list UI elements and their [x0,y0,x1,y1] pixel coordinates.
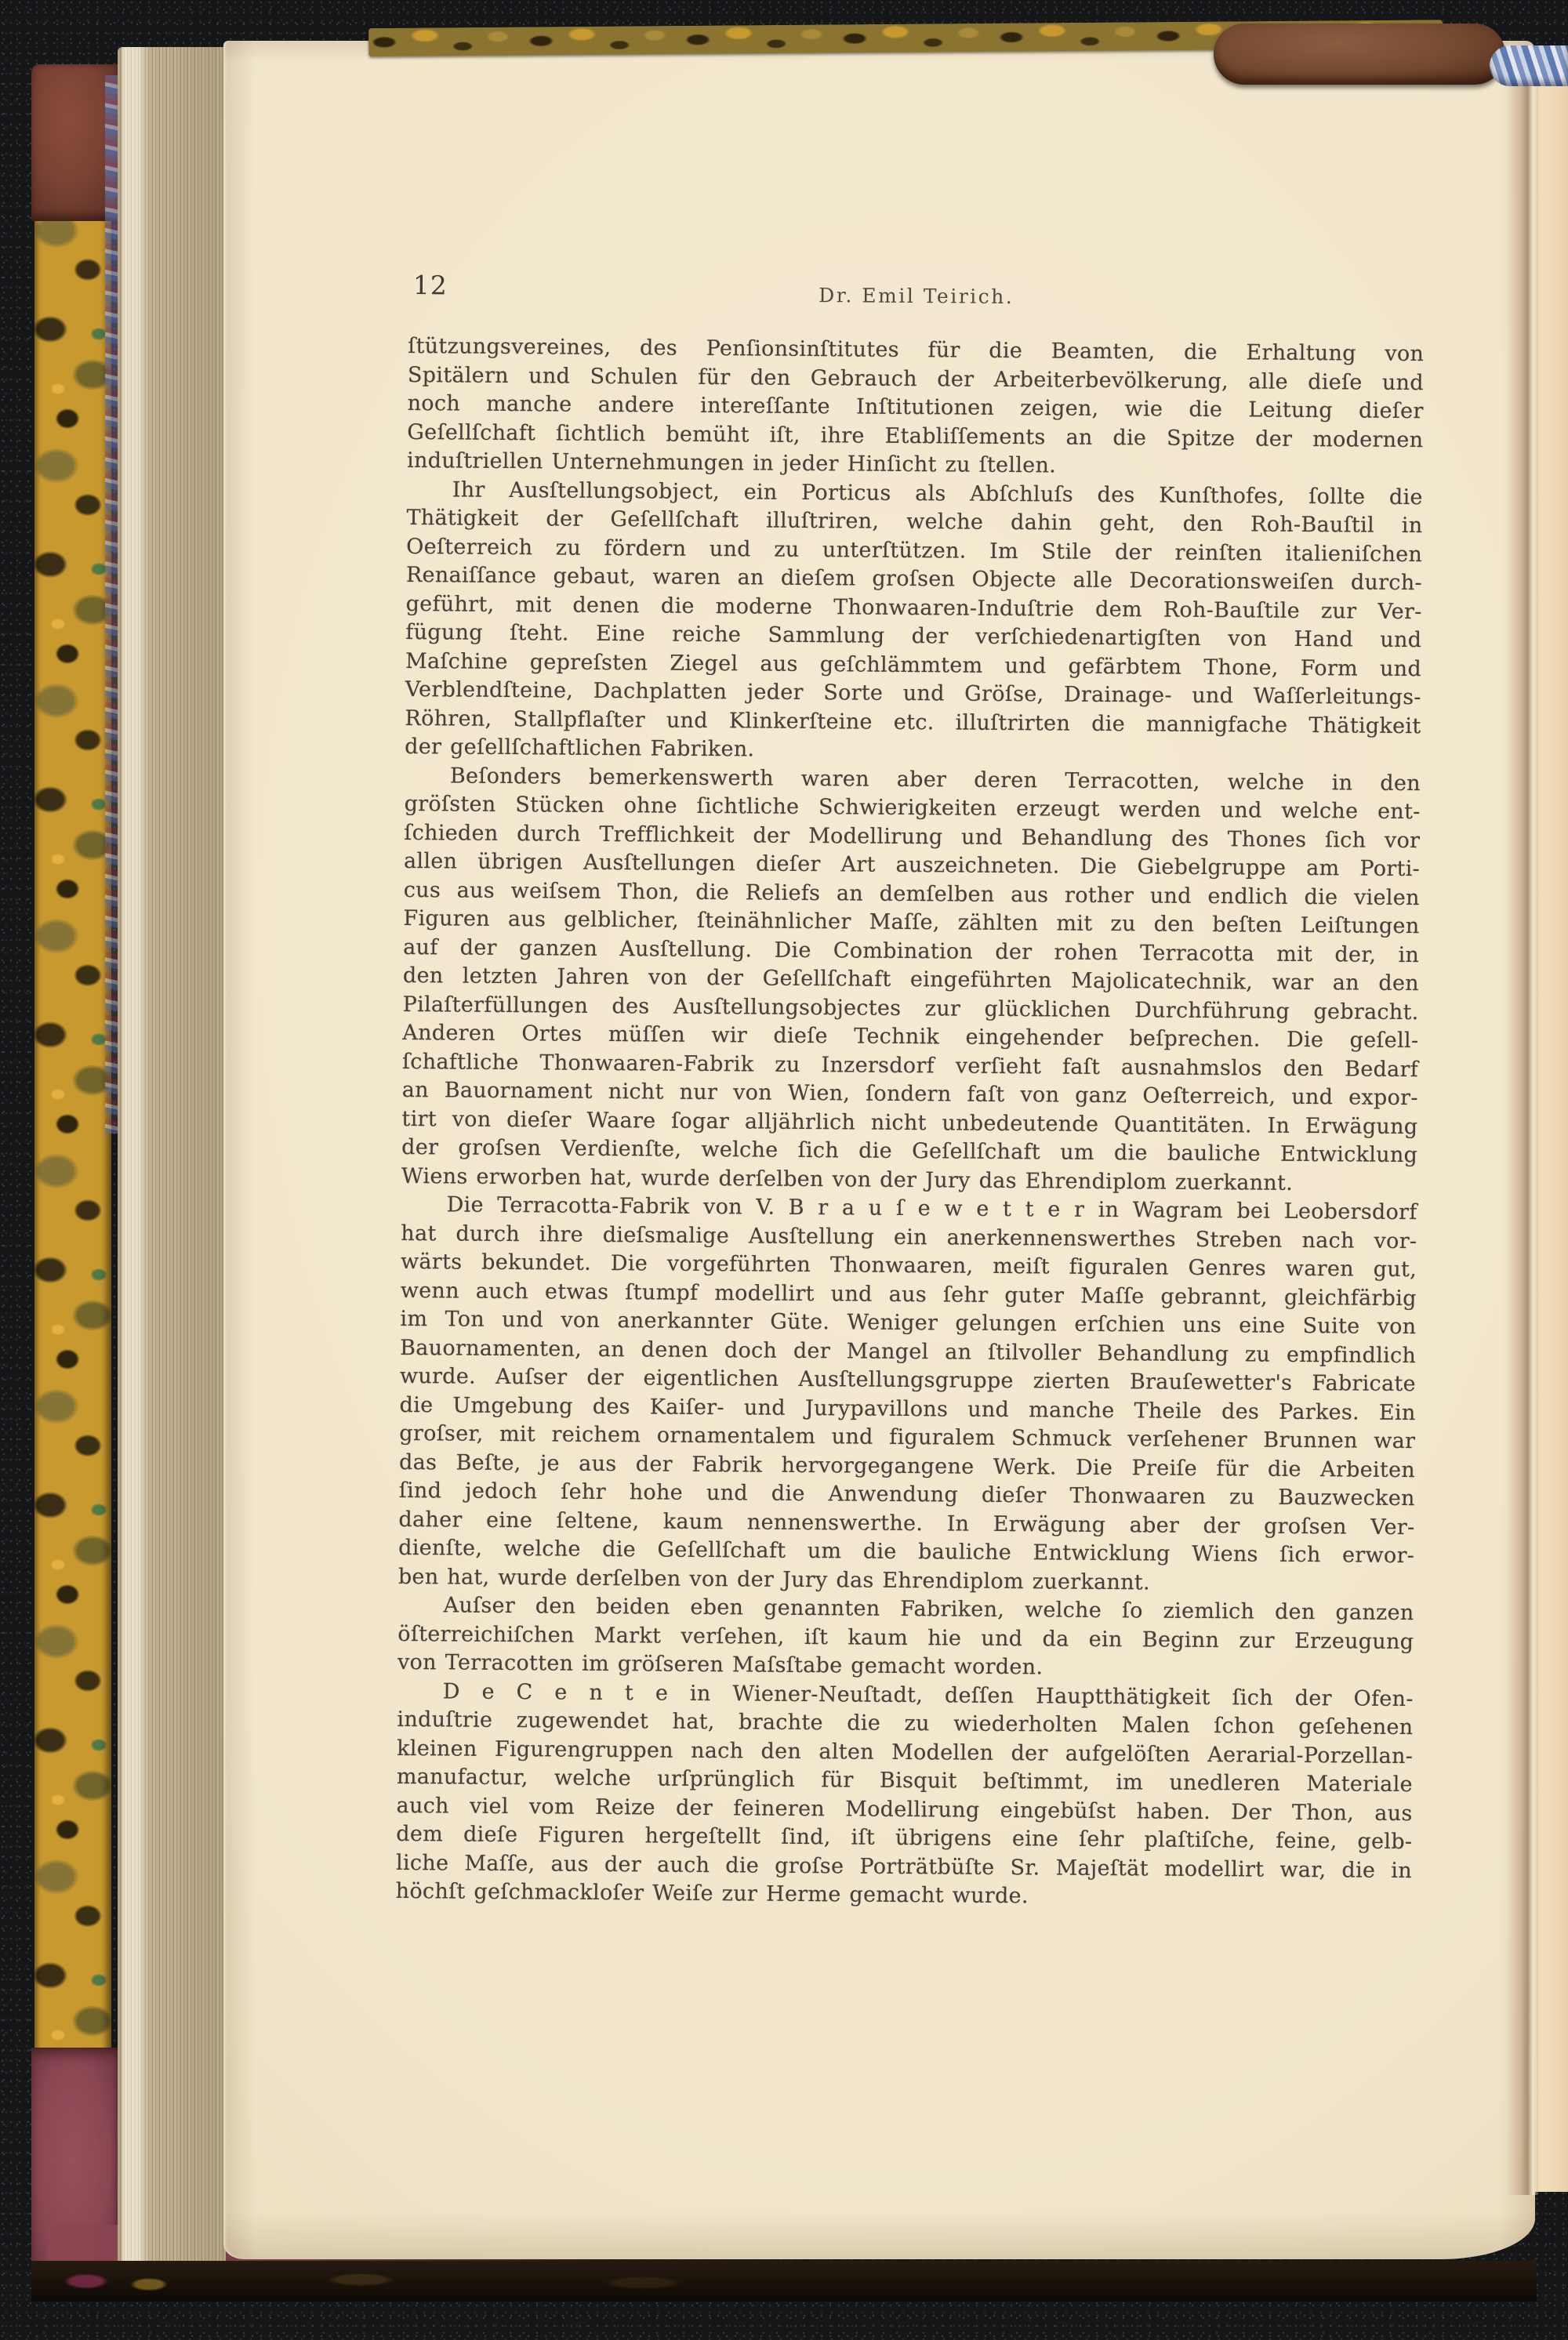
scan-background: { "page": { "page_number": "12", "runnin… [0,0,1568,2340]
marbled-cover-edge [34,67,111,2291]
paragraph: Auſser den beiden eben genannten Fabrike… [397,1591,1414,1685]
page-header: 12 Dr. Emil Teirich. [408,270,1425,312]
paragraph: Beſonders bemerkenswerth waren aber dere… [401,761,1421,1199]
page-edge-stack-left [118,47,226,2264]
page-text: ſtützungsvereines, des Penſionsinſtitute… [396,332,1425,1914]
paragraph: ſtützungsvereines, des Penſionsinſtitute… [407,332,1424,484]
paragraph: Ihr Ausſtellungsobject, ein Porticus als… [405,475,1423,769]
paragraph: D e C e n t e in Wiener-Neuſtadt, deſſen… [396,1677,1414,1914]
paragraph: Die Terracotta-Fabrik von V. B r a u ſ e… [398,1191,1417,1599]
text-column: 12 Dr. Emil Teirich. ſtützungsvereines, … [396,270,1425,1914]
running-header: Dr. Emil Teirich. [408,281,1425,311]
adjacent-page-edge [1535,71,1568,2192]
bottom-board-shadow [31,2261,1537,2302]
page-content: 12 Dr. Emil Teirich. ſtützungsvereines, … [223,41,1535,2259]
